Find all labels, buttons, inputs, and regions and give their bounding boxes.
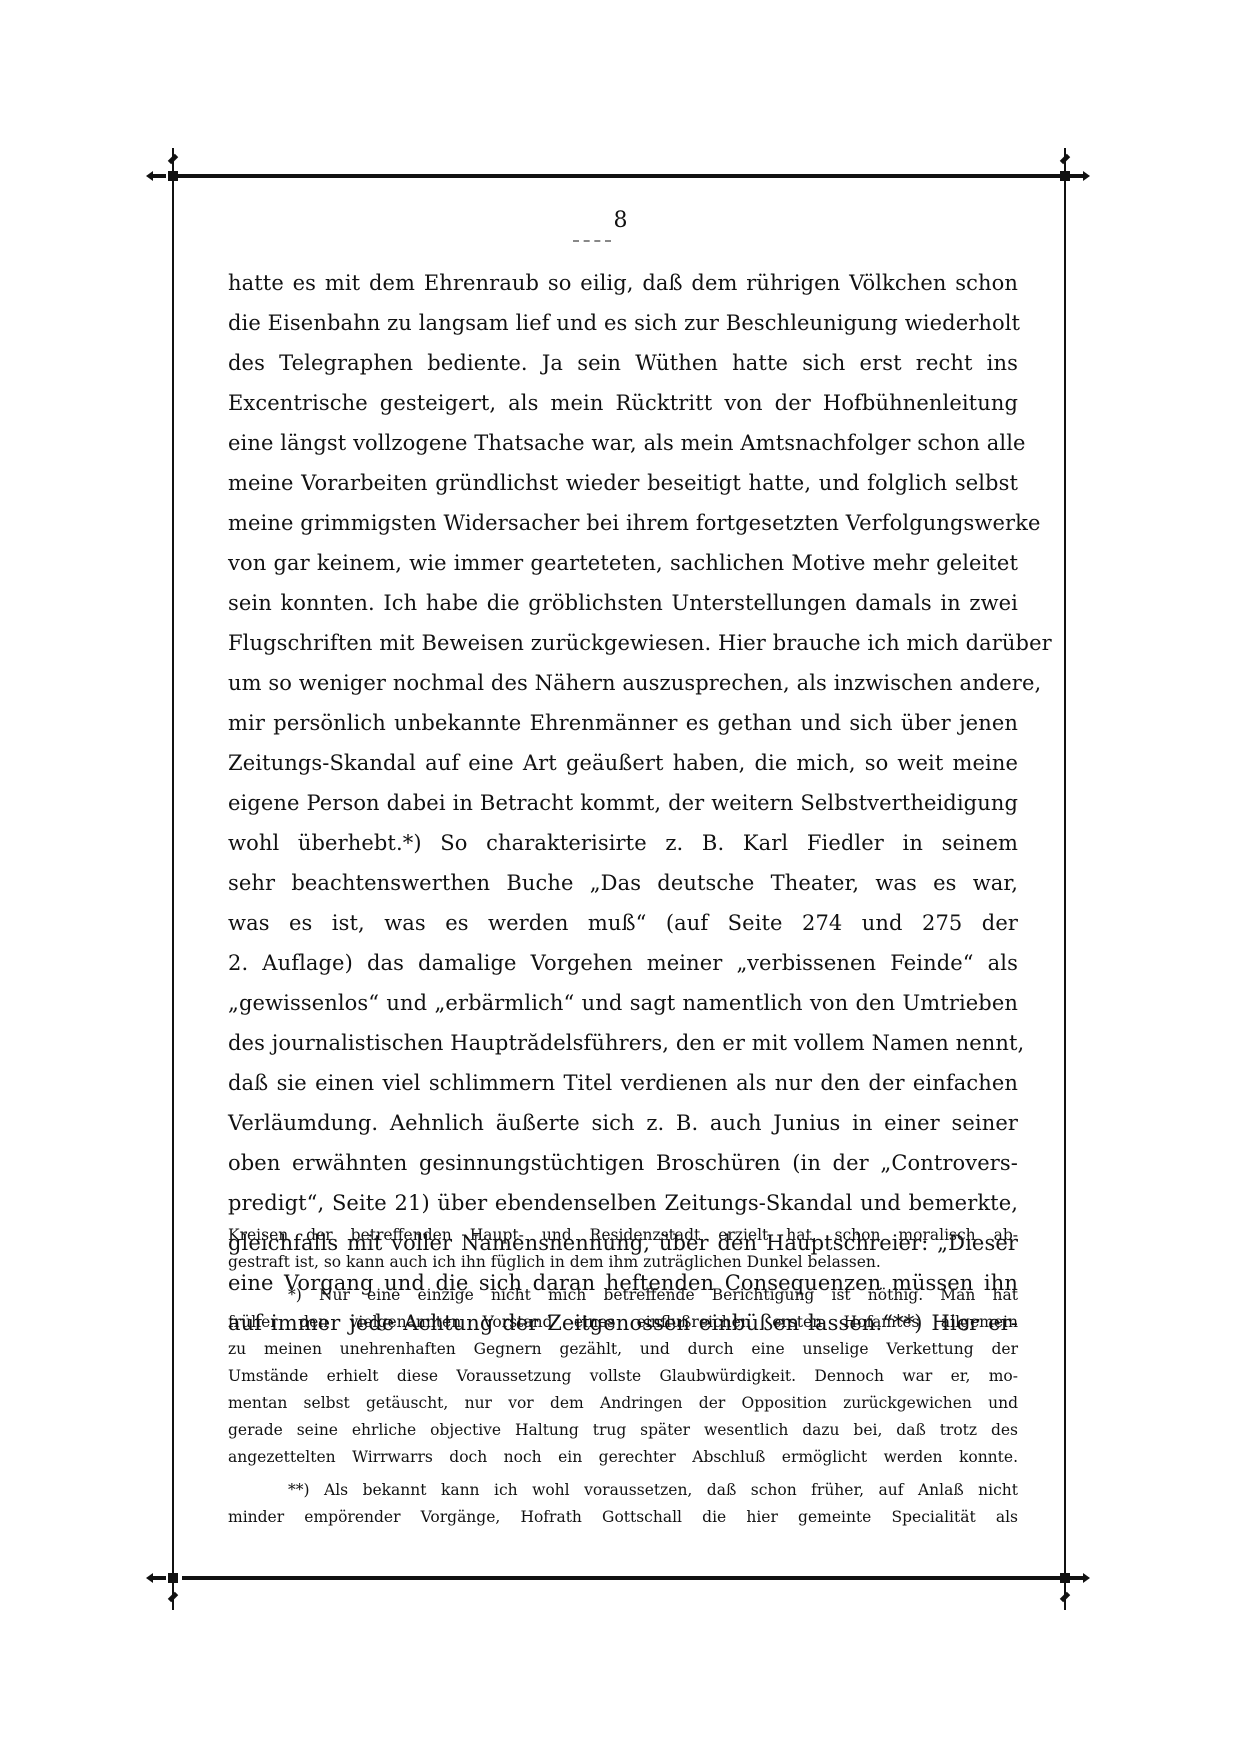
text-line: sehr beachtenswerthen Buche „Das deutsch… bbox=[228, 863, 1018, 903]
text-line: Excentrische gesteigert, als mein Rücktr… bbox=[228, 383, 1018, 423]
corner-ornament-bottom-left-icon bbox=[168, 1573, 178, 1583]
arrow-ornament-bottom-left-icon bbox=[152, 1576, 166, 1580]
text-line: „gewissenlos“ und „erbärmlich“ und sagt … bbox=[228, 983, 1018, 1023]
footnote-line: früher den vielgenannten Vorstand eines … bbox=[228, 1309, 1018, 1336]
footnote-line: mentan selbst getäuscht, nur vor dem And… bbox=[228, 1390, 1018, 1417]
text-line: daß sie einen viel schlimmern Titel verd… bbox=[228, 1063, 1018, 1103]
text-line: des Telegraphen bediente. Ja sein Wüthen… bbox=[228, 343, 1018, 383]
arrow-ornament-top-left-icon bbox=[152, 174, 166, 178]
footnote-line: angezettelten Wirrwarrs doch noch ein ge… bbox=[228, 1444, 1018, 1471]
spike-ornament-bottom-right-icon bbox=[1064, 1584, 1066, 1610]
footnote-line: Umstände erhielt diese Voraussetzung vol… bbox=[228, 1363, 1018, 1390]
body-text: hatte es mit dem Ehrenraub so eilig, daß… bbox=[228, 263, 1018, 1343]
text-line: die Eisenbahn zu langsam lief und es sic… bbox=[228, 303, 1018, 343]
footnotes: Kreisen der betreffenden Haupt- und Resi… bbox=[228, 1222, 1018, 1531]
arrow-ornament-top-right-icon bbox=[1070, 174, 1084, 178]
page-number: 8 bbox=[0, 208, 1241, 233]
footnote-line: gerade seine ehrliche objective Haltung … bbox=[228, 1417, 1018, 1444]
text-line: meine grimmigsten Widersacher bei ihrem … bbox=[228, 503, 1018, 543]
text-line: hatte es mit dem Ehrenraub so eilig, daß… bbox=[228, 263, 1018, 303]
footnote-line: gestraft ist, so kann auch ich ihn fügli… bbox=[228, 1249, 1018, 1276]
spike-ornament-bottom-left-icon bbox=[172, 1584, 174, 1610]
spike-ornament-top-right-icon bbox=[1064, 148, 1066, 174]
text-line: mir persönlich unbekannte Ehrenmänner es… bbox=[228, 703, 1018, 743]
corner-ornament-bottom-right-icon bbox=[1060, 1573, 1070, 1583]
footnote-line: *) Nur eine einzige nicht mich betreffen… bbox=[228, 1282, 1018, 1309]
footnote-2: **) Als bekannt kann ich wohl voraussetz… bbox=[228, 1477, 1018, 1531]
text-line: Verläumdung. Aehnlich äußerte sich z. B.… bbox=[228, 1103, 1018, 1143]
text-line: wohl überhebt.*) So charakterisirte z. B… bbox=[228, 823, 1018, 863]
footnote-1: *) Nur eine einzige nicht mich betreffen… bbox=[228, 1282, 1018, 1471]
text-line: eine längst vollzogene Thatsache war, al… bbox=[228, 423, 1018, 463]
text-line: Zeitungs-Skandal auf eine Art geäußert h… bbox=[228, 743, 1018, 783]
footnote-line: zu meinen unehrenhaften Gegnern gezählt,… bbox=[228, 1336, 1018, 1363]
frame-border-right bbox=[1064, 150, 1066, 1598]
footnote-line: **) Als bekannt kann ich wohl voraussetz… bbox=[228, 1477, 1018, 1504]
text-line: predigt“, Seite 21) über ebendenselben Z… bbox=[228, 1183, 1018, 1223]
arrow-ornament-bottom-right-icon bbox=[1070, 1576, 1084, 1580]
text-line: sein konnten. Ich habe die gröblichsten … bbox=[228, 583, 1018, 623]
text-line: Flugschriften mit Beweisen zurückgewiese… bbox=[228, 623, 1018, 663]
text-line: um so weniger nochmal des Nähern auszusp… bbox=[228, 663, 1018, 703]
text-line: des journalistischen Hauptrădelsführers,… bbox=[228, 1023, 1018, 1063]
spike-ornament-top-left-icon bbox=[172, 148, 174, 174]
text-line: von gar keinem, wie immer gearteteten, s… bbox=[228, 543, 1018, 583]
page-number-rule bbox=[573, 240, 611, 244]
footnote-line: Kreisen der betreffenden Haupt- und Resi… bbox=[228, 1222, 1018, 1249]
frame-border-left bbox=[172, 158, 174, 1598]
frame-border-bottom bbox=[182, 1576, 1062, 1580]
footnote-continuation: Kreisen der betreffenden Haupt- und Resi… bbox=[228, 1222, 1018, 1276]
footnote-line: minder empörender Vorgänge, Hofrath Gott… bbox=[228, 1504, 1018, 1531]
text-line: oben erwähnten gesinnungstüchtigen Brosc… bbox=[228, 1143, 1018, 1183]
frame-border-top bbox=[175, 174, 1061, 178]
text-line: 2. Auflage) das damalige Vorgehen meiner… bbox=[228, 943, 1018, 983]
text-line: was es ist, was es werden muß“ (auf Seit… bbox=[228, 903, 1018, 943]
text-line: eigene Person dabei in Betracht kommt, d… bbox=[228, 783, 1018, 823]
text-line: meine Vorarbeiten gründlichst wieder bes… bbox=[228, 463, 1018, 503]
